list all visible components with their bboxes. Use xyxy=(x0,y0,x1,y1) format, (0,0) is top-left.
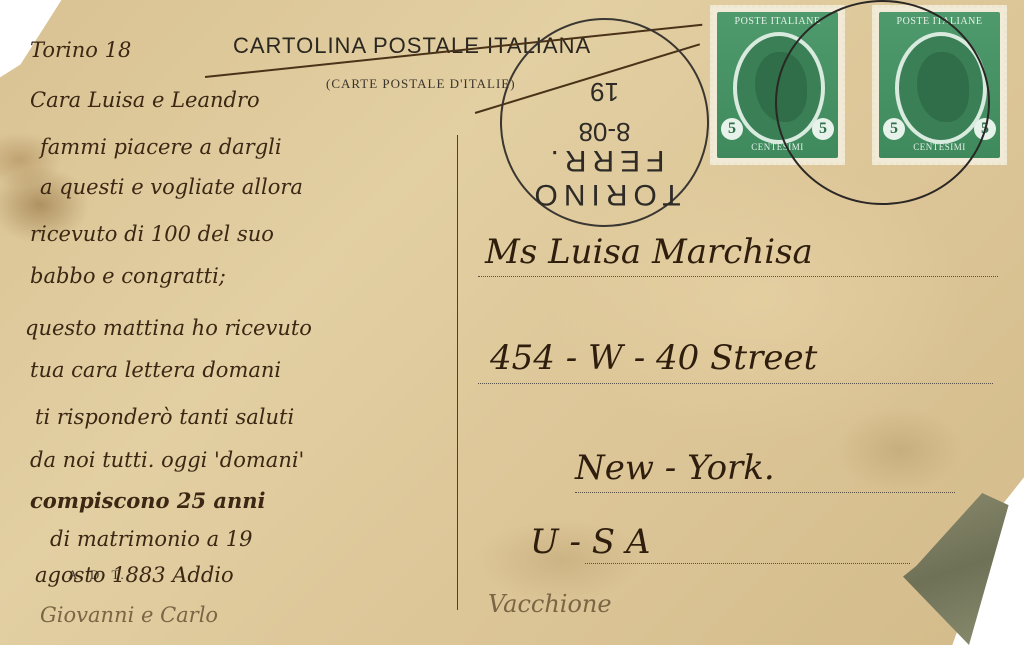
postmark: TORINO FERR. 8-08 19 xyxy=(500,18,709,227)
address-city: New - York. xyxy=(575,448,775,488)
message-line: ricevuto di 100 del suo xyxy=(30,222,274,246)
center-divider xyxy=(457,135,458,610)
message-line: Torino 18 xyxy=(30,38,131,62)
postmark-year: 19 xyxy=(502,76,707,107)
address-rule-3 xyxy=(575,492,955,493)
message-line: fammi piacere a dargli xyxy=(40,135,282,159)
address-note: Vacchione xyxy=(488,590,612,618)
message-signature: Giovanni e Carlo xyxy=(40,603,218,627)
printed-subtitle: (CARTE POSTALE D'ITALIE) xyxy=(326,76,516,92)
message-line: a questi e vogliate allora xyxy=(40,175,303,199)
stamp-value: 5 xyxy=(721,118,743,140)
message-line: di matrimonio a 19 xyxy=(50,527,253,551)
address-rule-2 xyxy=(478,383,993,384)
address-recipient: Ms Luisa Marchisa xyxy=(485,232,813,272)
message-line: compiscono 25 anni xyxy=(30,488,266,513)
message-line: da noi tutti. oggi 'domani' xyxy=(30,448,304,472)
postmark-date: 8-08 xyxy=(502,116,707,147)
message-line: tua cara lettera domani xyxy=(30,358,281,382)
address-rule-1 xyxy=(478,276,998,277)
postmark-city: TORINO FERR. xyxy=(502,143,707,211)
message-line: babbo e congratti; xyxy=(30,264,226,288)
message-line: questo mattina ho ricevuto xyxy=(25,316,312,340)
message-line: Cara Luisa e Leandro xyxy=(30,88,260,112)
stamp-cancellation xyxy=(775,0,990,205)
message-line: ti risponderò tanti saluti xyxy=(35,405,294,429)
address-country: U - S A xyxy=(530,522,650,562)
address-rule-4 xyxy=(585,563,910,564)
message-line: agosto 1883 Addio xyxy=(35,563,234,587)
address-street: 454 - W - 40 Street xyxy=(490,338,817,378)
